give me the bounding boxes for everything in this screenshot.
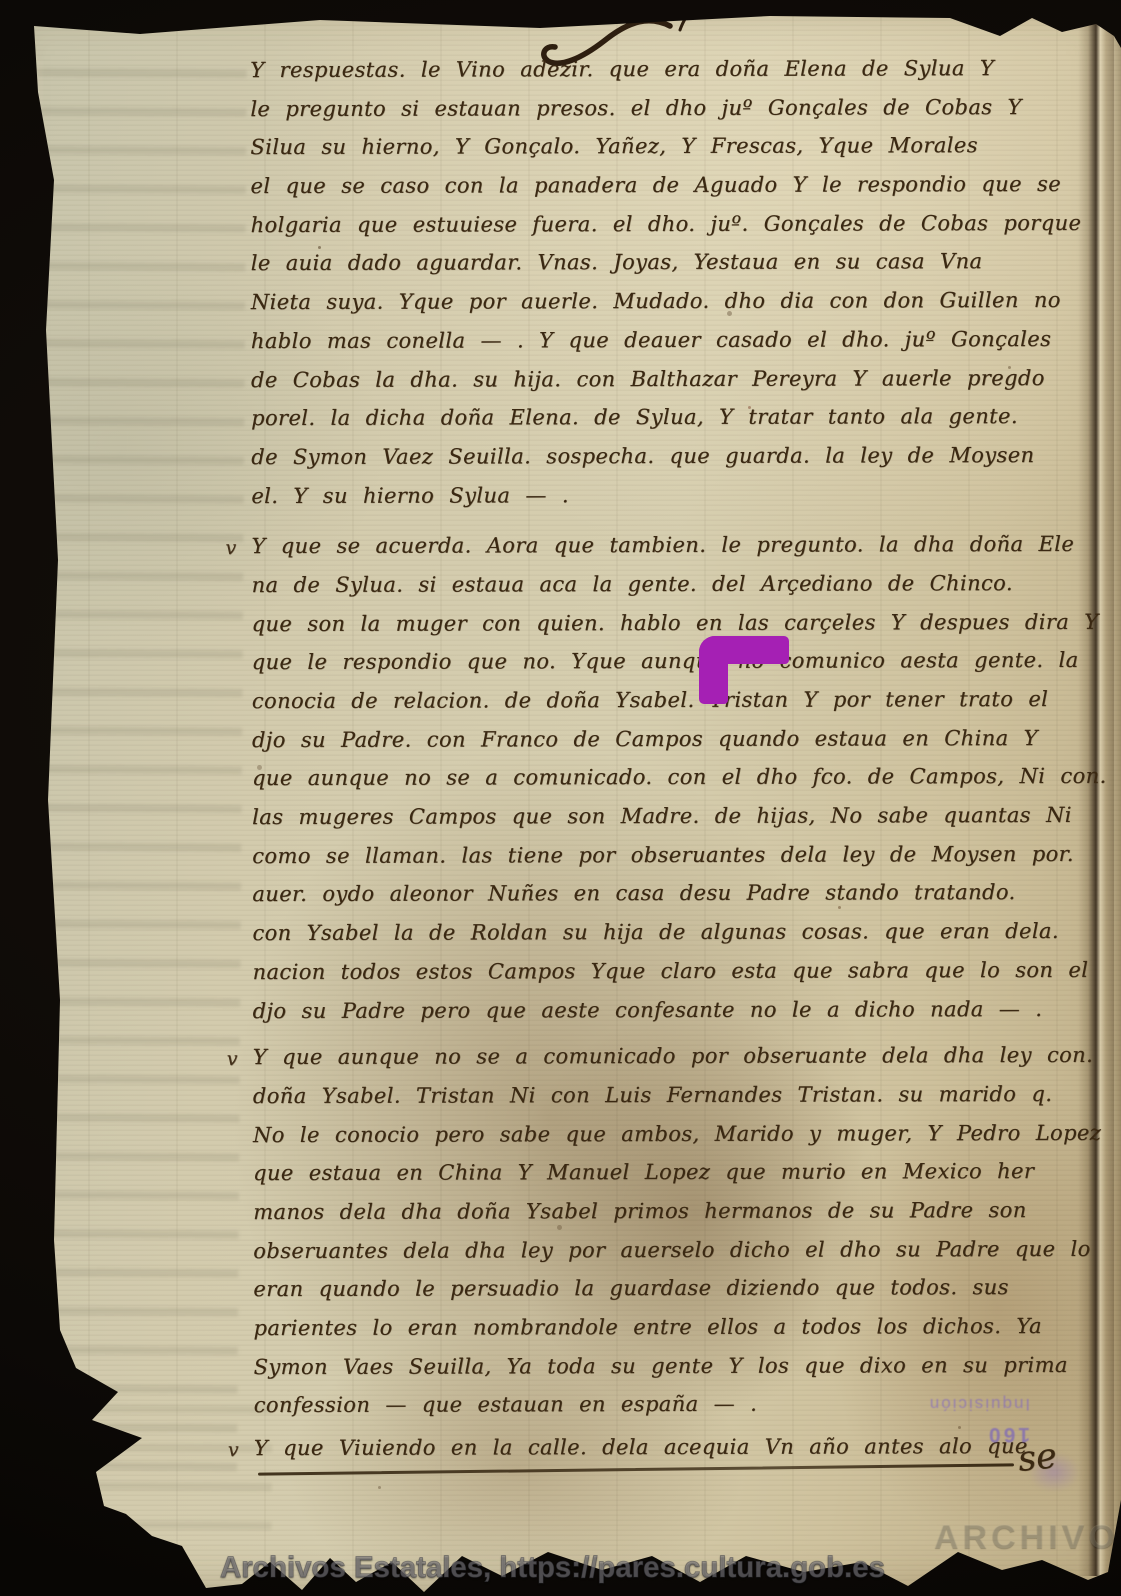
manuscript-line: Nieta suya. Yque por auerle. Mudado. dho… [251, 281, 1083, 322]
line-text: Y respuestas. le Vino adezir. que era do… [250, 56, 994, 82]
manuscript-line: eran quando le persuadio la guardase diz… [253, 1268, 1085, 1309]
manuscript-line: con Ysabel la de Roldan su hija de algun… [252, 912, 1084, 953]
manuscript-line: manos dela dha doña Ysabel primos herman… [253, 1191, 1085, 1232]
line-text: de Symon Vaez Seuilla. sospecha. que gua… [251, 443, 1034, 469]
paragraph: vY que se acuerda. Aora que tambien. le … [251, 525, 1084, 1030]
paragraph-marker: v [225, 529, 236, 568]
manuscript-line: que aunque no se a comunicado. con el dh… [252, 757, 1084, 798]
line-text: doña Ysabel. Tristan Ni con Luis Fernand… [253, 1082, 1052, 1108]
handwritten-text-block: Y respuestas. le Vino adezir. que era do… [250, 49, 1086, 1468]
inquisition-stamp-bleedthrough: Inquisición [918, 1390, 1040, 1414]
line-text: Y que Viuiendo en la calle. dela acequia… [254, 1434, 1028, 1460]
manuscript-line: porel. la dicha doña Elena. de Sylua, Y … [251, 397, 1083, 438]
line-text: Y que aunque no se a comunicado por obse… [253, 1043, 1093, 1069]
line-text: le auia dado aguardar. Vnas. Joyas, Yest… [251, 250, 983, 276]
paragraph-marker: v [228, 1431, 239, 1470]
line-text: Silua su hierno, Y Gonçalo. Yañez, Y Fre… [250, 134, 978, 160]
line-text: que le respondio que no. Yque aunque no … [252, 648, 1079, 674]
line-text: obseruantes dela dha ley por auerselo di… [253, 1237, 1090, 1263]
bleedthrough-ghost-bottom [61, 1379, 272, 1530]
manuscript-line: le pregunto si estauan presos. el dho ju… [250, 88, 1082, 129]
line-text: confession — que estauan en españa — . [254, 1392, 758, 1417]
line-text: na de Sylua. si estaua aca la gente. del… [252, 571, 1013, 597]
line-text: que estaua en China Y Manuel Lopez que m… [253, 1159, 1034, 1185]
manuscript-line: Silua su hierno, Y Gonçalo. Yañez, Y Fre… [250, 126, 1082, 167]
line-text: el que se caso con la panadera de Aguado… [250, 172, 1061, 198]
line-text: nacion todos estos Campos Yque claro est… [253, 958, 1089, 984]
line-text: auer. oydo aleonor Nuñes en casa desu Pa… [252, 881, 1015, 907]
manuscript-line: que estaua en China Y Manuel Lopez que m… [253, 1152, 1085, 1193]
bottom-watermark: Archivos Estatales, https://pares.cultur… [220, 1551, 885, 1585]
line-text: parientes lo eran nombrandole entre ello… [253, 1314, 1041, 1340]
manuscript-line: de Symon Vaez Seuilla. sospecha. que gua… [251, 436, 1083, 477]
line-text: manos dela dha doña Ysabel primos herman… [253, 1198, 1026, 1224]
line-text: Symon Vaes Seuilla, Ya toda su gente Y l… [254, 1353, 1068, 1379]
line-text: Y que se acuerda. Aora que tambien. le p… [251, 532, 1074, 558]
manuscript-line: No le conocio pero sabe que ambos, Marid… [253, 1113, 1085, 1154]
line-text: holgaria que estuuiese fuera. el dho. ju… [251, 211, 1082, 237]
manuscript-line: conocia de relacion. de doña Ysabel. Tri… [252, 680, 1084, 721]
manuscript-line: vY que se acuerda. Aora que tambien. le … [251, 525, 1083, 566]
line-text: hablo mas conella — . Y que deauer casad… [251, 327, 1051, 353]
purple-marker-vertical-bar [699, 636, 728, 704]
paragraph: vY que aunque no se a comunicado por obs… [253, 1036, 1086, 1425]
manuscript-page: Y respuestas. le Vino adezir. que era do… [0, 0, 1121, 1596]
manuscript-line: de Cobas la dha. su hija. con Balthazar … [251, 358, 1083, 399]
purple-corner-marker [699, 636, 789, 704]
stamp-number-bleedthrough: 160 [982, 1420, 1034, 1446]
manuscript-line: el que se caso con la panadera de Aguado… [250, 165, 1082, 206]
manuscript-line: como se llaman. las tiene por obseruante… [252, 835, 1084, 876]
line-text: con Ysabel la de Roldan su hija de algun… [252, 919, 1059, 945]
line-text: las mugeres Campos que son Madre. de hij… [252, 803, 1072, 829]
manuscript-line: el. Y su hierno Sylua — . [251, 474, 1083, 515]
line-text: eran quando le persuadio la guardase diz… [253, 1275, 1008, 1301]
manuscript-line: Symon Vaes Seuilla, Ya toda su gente Y l… [254, 1346, 1086, 1387]
bleedthrough-ghost-left-margin [21, 43, 247, 1474]
archivo-watermark: ARCHIVO [934, 1518, 1119, 1557]
manuscript-line: hablo mas conella — . Y que deauer casad… [251, 320, 1083, 361]
manuscript-line: na de Sylua. si estaua aca la gente. del… [251, 564, 1083, 605]
paragraph: Y respuestas. le Vino adezir. que era do… [250, 49, 1083, 515]
manuscript-line: djo su Padre pero que aeste confesante n… [253, 989, 1085, 1030]
line-text: que aunque no se a comunicado. con el dh… [252, 764, 1107, 790]
manuscript-line: obseruantes dela dha ley por auerselo di… [253, 1230, 1085, 1271]
line-text: el. Y su hierno Sylua — . [251, 483, 569, 508]
manuscript-line: le auia dado aguardar. Vnas. Joyas, Yest… [251, 242, 1083, 283]
manuscript-line: que son la muger con quien. hablo en las… [252, 603, 1084, 644]
manuscript-line: las mugeres Campos que son Madre. de hij… [252, 796, 1084, 837]
paragraph-marker: v [227, 1040, 238, 1079]
line-text: djo su Padre. con Franco de Campos quand… [252, 726, 1038, 752]
manuscript-line: nacion todos estos Campos Yque claro est… [253, 951, 1085, 992]
manuscript-line: Y respuestas. le Vino adezir. que era do… [250, 49, 1082, 90]
manuscript-line: holgaria que estuuiese fuera. el dho. ju… [251, 204, 1083, 245]
photo-background: Y respuestas. le Vino adezir. que era do… [0, 0, 1121, 1596]
line-text: Nieta suya. Yque por auerle. Mudado. dho… [251, 288, 1061, 314]
manuscript-line: djo su Padre. con Franco de Campos quand… [252, 719, 1084, 760]
manuscript-line: vY que aunque no se a comunicado por obs… [253, 1036, 1085, 1077]
line-text: de Cobas la dha. su hija. con Balthazar … [251, 366, 1045, 392]
manuscript-line: que le respondio que no. Yque aunque no … [252, 641, 1084, 682]
line-text: No le conocio pero sabe que ambos, Marid… [253, 1120, 1101, 1146]
line-text: porel. la dicha doña Elena. de Sylua, Y … [251, 404, 1018, 430]
manuscript-line: vY que Viuiendo en la calle. dela acequi… [254, 1427, 1086, 1468]
line-text: como se llaman. las tiene por obseruante… [252, 842, 1074, 868]
left-fold-crease [16, 60, 46, 1360]
line-text: que son la muger con quien. hablo en las… [252, 609, 1099, 635]
line-text: djo su Padre pero que aeste confesante n… [253, 997, 1043, 1023]
manuscript-line: auer. oydo aleonor Nuñes en casa desu Pa… [252, 873, 1084, 914]
paragraph: vY que Viuiendo en la calle. dela acequi… [254, 1427, 1086, 1468]
line-text: conocia de relacion. de doña Ysabel. Tri… [252, 687, 1048, 713]
manuscript-line: parientes lo eran nombrandole entre ello… [253, 1307, 1085, 1348]
manuscript-line: doña Ysabel. Tristan Ni con Luis Fernand… [253, 1075, 1085, 1116]
line-text: le pregunto si estauan presos. el dho ju… [250, 95, 1022, 121]
